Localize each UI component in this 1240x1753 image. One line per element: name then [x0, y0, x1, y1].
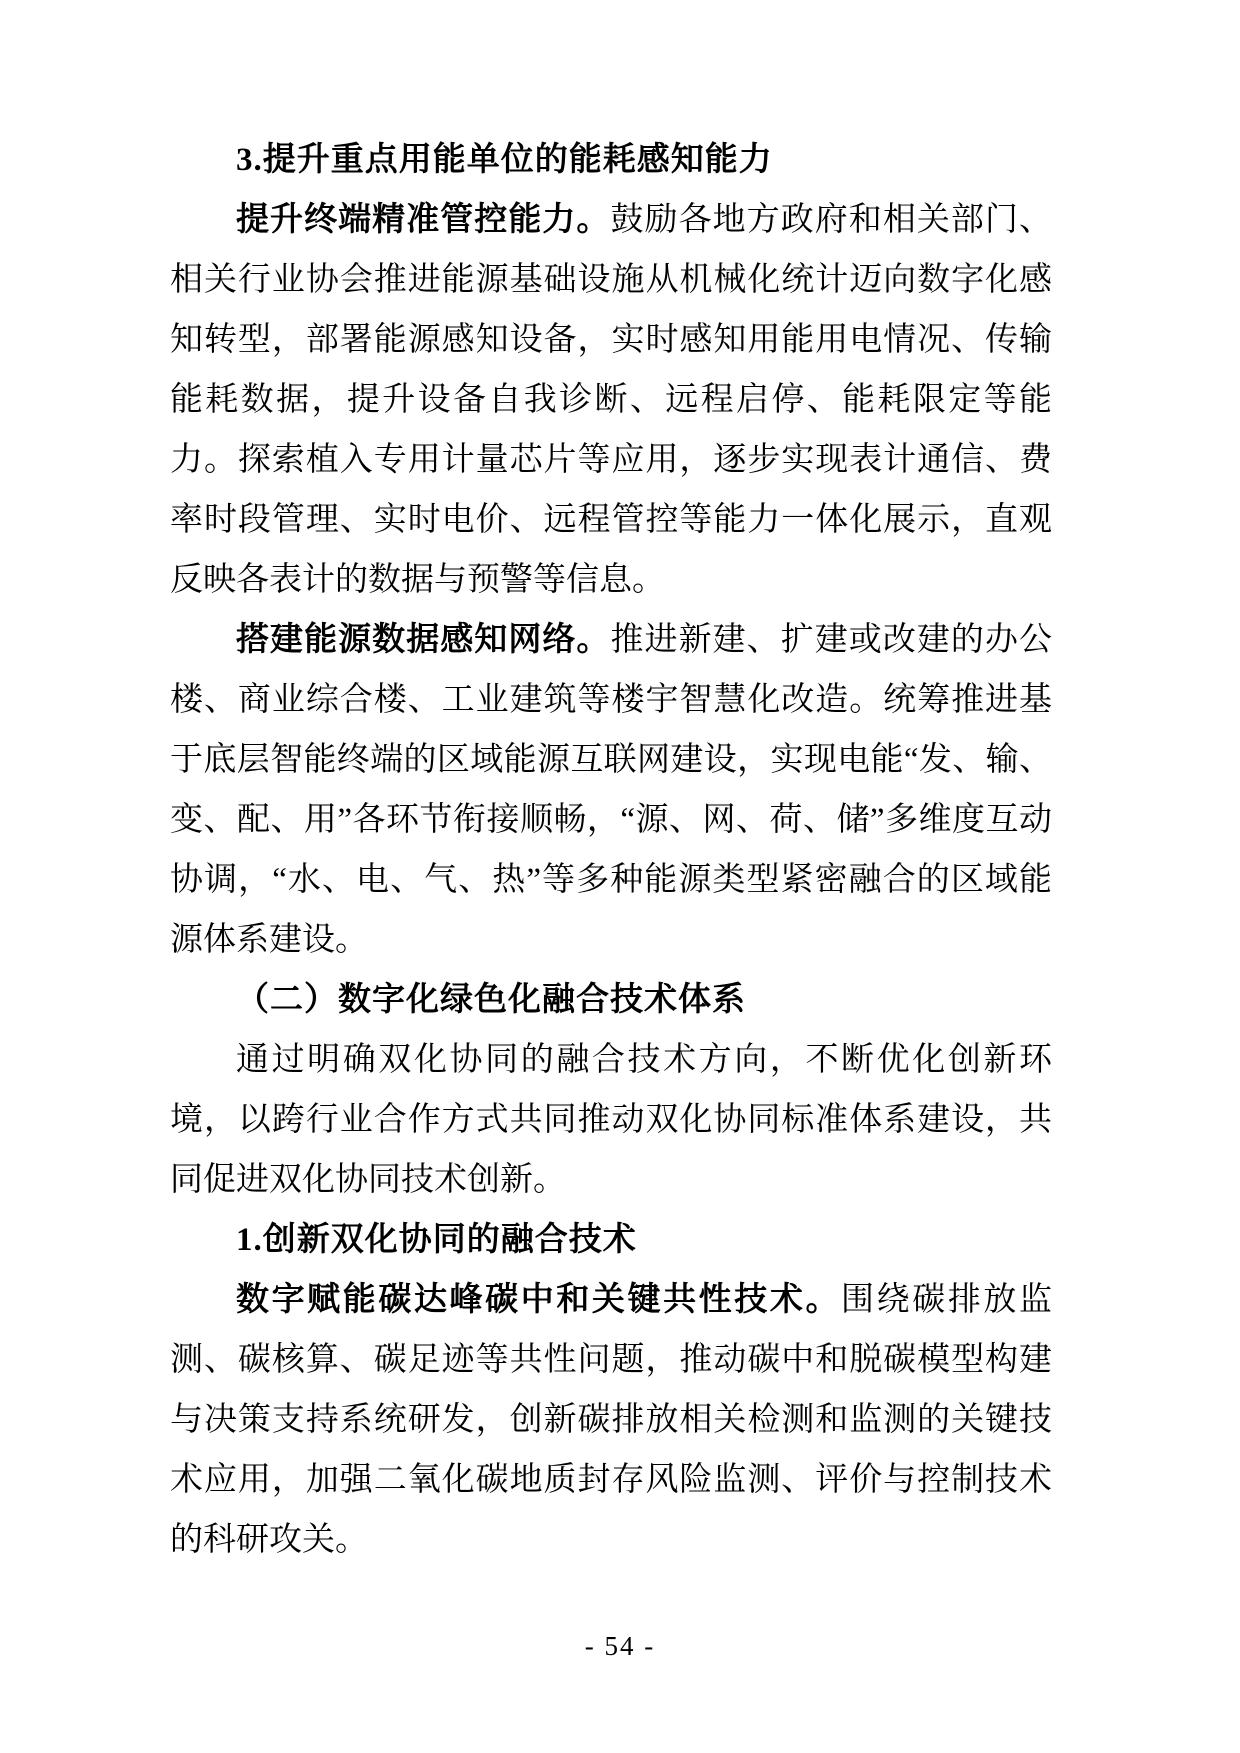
paragraph-lead: 数字赋能碳达峰碳中和关键共性技术。: [236, 1282, 841, 1318]
document-body: 3.提升重点用能单位的能耗感知能力提升终端精准管控能力。鼓励各地方政府和相关部门…: [170, 130, 1052, 1570]
section-heading: （二）数字化绿色化融合技术体系: [170, 970, 1052, 1030]
page-number: - 54 -: [585, 1631, 655, 1661]
body-paragraph: 通过明确双化协同的融合技术方向，不断优化创新环境，以跨行业合作方式共同推动双化协…: [170, 1030, 1052, 1210]
body-paragraph: 搭建能源数据感知网络。推进新建、扩建或改建的办公楼、商业综合楼、工业建筑等楼宇智…: [170, 610, 1052, 970]
page-footer: - 54 -: [0, 1629, 1240, 1663]
numbered-heading: 1.创新双化协同的融合技术: [170, 1210, 1052, 1270]
paragraph-lead: 提升终端精准管控能力。: [236, 202, 610, 238]
body-paragraph: 数字赋能碳达峰碳中和关键共性技术。围绕碳排放监测、碳核算、碳足迹等共性问题，推动…: [170, 1270, 1052, 1570]
document-page: 3.提升重点用能单位的能耗感知能力提升终端精准管控能力。鼓励各地方政府和相关部门…: [0, 0, 1240, 1753]
body-paragraph: 提升终端精准管控能力。鼓励各地方政府和相关部门、相关行业协会推进能源基础设施从机…: [170, 190, 1052, 610]
paragraph-lead: 搭建能源数据感知网络。: [236, 622, 610, 658]
numbered-heading: 3.提升重点用能单位的能耗感知能力: [170, 130, 1052, 190]
